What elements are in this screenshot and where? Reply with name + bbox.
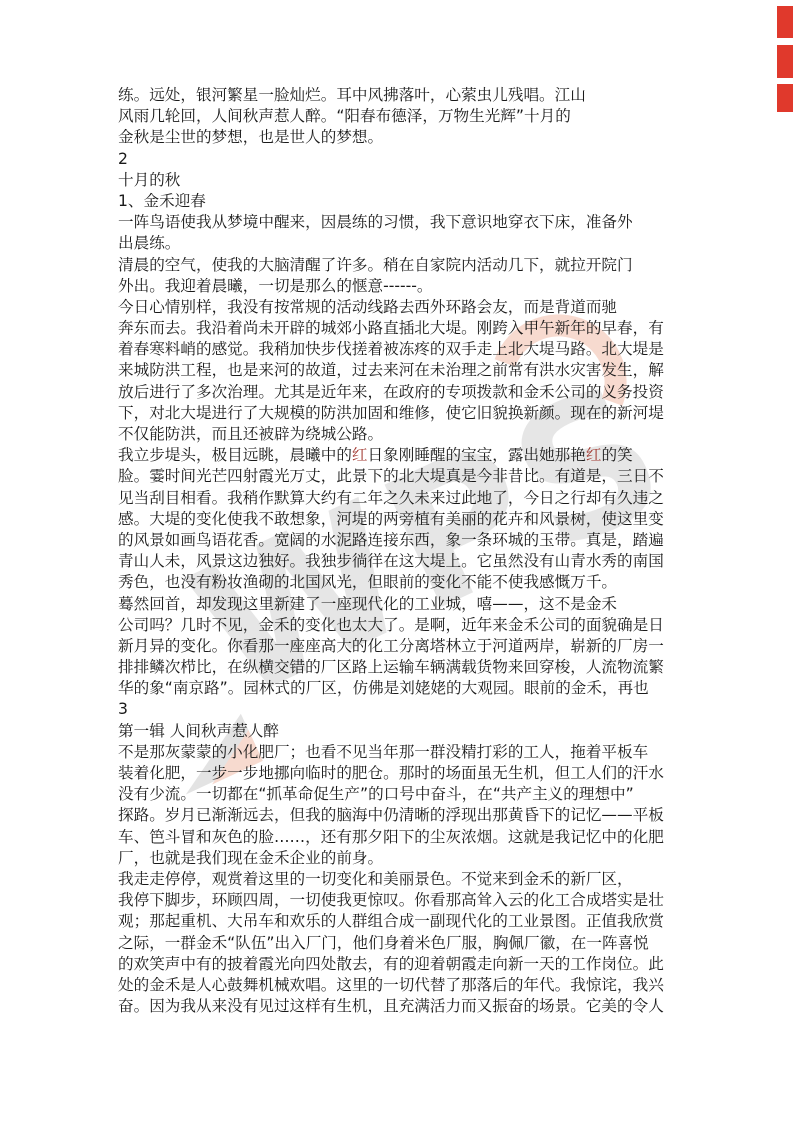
text-line: 处的金禾是人心鼓舞机械欢唱。这里的一切代替了那落后的年代。我惊诧，我兴 [118, 975, 678, 996]
text-line: 不仅能防洪，而且还被辟为绕城公路。 [118, 424, 678, 445]
text-segment: 感。大堤的变化使我不敢想象，河堤的两旁植有美丽的花卉和风景树，使这里变 [118, 510, 664, 528]
edge-mark [777, 84, 793, 112]
text-segment: 清晨的空气，使我的大脑清醒了许多。稍在自家院内活动几下，就拉开院门 [118, 256, 633, 274]
text-line: 华的象“南京路”。园林式的厂区，仿佛是刘姥姥的大观园。眼前的金禾，再也 [118, 678, 678, 699]
text-segment: 1、金禾迎春 [118, 192, 206, 210]
document-page: WPS 练。远处，银河繁星一脸灿烂。耳中风拂落叶，心萦虫儿残唱。江山风雨几轮回，… [0, 0, 793, 1122]
text-line: 风雨几轮回，人间秋声惹人醉。“阳春布德泽，万物生光辉”十月的 [118, 106, 678, 127]
text-line: 3 [118, 699, 678, 720]
text-segment: 装着化肥，一步一步地挪向临时的肥仓。那时的场面虽无生机，但工人们的汗水 [118, 764, 664, 782]
text-segment: 日象刚睡醒的宝宝，露出她那艳 [368, 446, 586, 464]
text-line: 见当刮目相看。我稍作默算大约有二年之久未来过此地了，今日之行却有久违之 [118, 488, 678, 509]
text-segment: 的风景如画鸟语花香。宽阔的水泥路连接东西，象一条环城的玉带。真是，踏遍 [118, 531, 664, 549]
text-segment: 放后进行了多次治理。尤其是近年来，在政府的专项拨款和金禾公司的义务投资 [118, 383, 664, 401]
text-line: 外出。我迎着晨曦，一切是那么的惬意------。 [118, 276, 678, 297]
text-segment: 探路。岁月已渐渐远去，但我的脑海中仍清晰的浮现出那黄昏下的记忆——平板 [118, 806, 664, 824]
text-line: 探路。岁月已渐渐远去，但我的脑海中仍清晰的浮现出那黄昏下的记忆——平板 [118, 805, 678, 826]
text-segment: 我走走停停，观赏着这里的一切变化和美丽景色。不觉来到金禾的新厂区， [118, 870, 633, 888]
text-line: 奋。因为我从来没有见过这样有生机，且充满活力而又振奋的场景。它美的令人 [118, 996, 678, 1017]
text-segment: 之际，一群金禾“队伍”出入厂门，他们身着米色厂服，胸佩厂徽，在一阵喜悦 [118, 934, 649, 952]
text-segment: 见当刮目相看。我稍作默算大约有二年之久未来过此地了，今日之行却有久违之 [118, 489, 664, 507]
text-line: 秀色，也没有粉妆渔砌的北国风光，但眼前的变化不能不使我感慨万千。 [118, 572, 678, 593]
highlighted-text: 红 [352, 446, 368, 464]
text-segment: 新月异的变化。你看那一座座高大的化工分离塔林立于河道两岸，崭新的厂房一 [118, 637, 664, 655]
text-segment: 车、笆斗冒和灰色的脸……，还有那夕阳下的尘灰浓烟。这就是我记忆中的化肥 [118, 828, 664, 846]
text-segment: 练。远处，银河繁星一脸灿烂。耳中风拂落叶，心萦虫儿残唱。江山 [118, 86, 586, 104]
text-line: 感。大堤的变化使我不敢想象，河堤的两旁植有美丽的花卉和风景树，使这里变 [118, 509, 678, 530]
text-line: 的欢笑声中有的披着霞光向四处散去，有的迎着朝霞走向新一天的工作岗位。此 [118, 954, 678, 975]
text-segment: 蓦然回首，却发现这里新建了一座现代化的工业城，嘻——，这不是金禾 [118, 595, 617, 613]
text-segment: 厂，也就是我们现在金禾企业的前身。 [118, 849, 383, 867]
text-line: 装着化肥，一步一步地挪向临时的肥仓。那时的场面虽无生机，但工人们的汗水 [118, 763, 678, 784]
text-line: 十月的秋 [118, 170, 678, 191]
text-segment: 十月的秋 [118, 171, 180, 189]
text-segment: 没有少流。一切都在“抓革命促生产”的口号中奋斗，在“共产主义的理想中” [118, 785, 634, 803]
text-segment: 的欢笑声中有的披着霞光向四处散去，有的迎着朝霞走向新一天的工作岗位。此 [118, 955, 664, 973]
text-segment: 外出。我迎着晨曦，一切是那么的惬意------。 [118, 277, 432, 295]
text-segment: 的笑 [601, 446, 632, 464]
text-segment: 2 [118, 150, 128, 168]
text-segment: 不仅能防洪，而且还被辟为绕城公路。 [118, 425, 383, 443]
text-line: 脸。霎时间光芒四射霞光万丈，此景下的北大堤真是今非昔比。有道是，三日不 [118, 466, 678, 487]
text-line: 不是那灰蒙蒙的小化肥厂；也看不见当年那一群没精打彩的工人，拖着平板车 [118, 742, 678, 763]
text-segment: 排排鳞次栉比，在纵横交错的厂区路上运输车辆满载货物来回穿梭，人流物流繁 [118, 658, 664, 676]
text-line: 我走走停停，观赏着这里的一切变化和美丽景色。不觉来到金禾的新厂区， [118, 869, 678, 890]
text-line: 2 [118, 149, 678, 170]
body-text: 练。远处，银河繁星一脸灿烂。耳中风拂落叶，心萦虫儿残唱。江山风雨几轮回，人间秋声… [118, 85, 678, 1017]
text-segment: 今日心情别样，我没有按常规的活动线路去西外环路会友，而是背道而驰 [118, 298, 617, 316]
text-segment: 不是那灰蒙蒙的小化肥厂；也看不见当年那一群没精打彩的工人，拖着平板车 [118, 743, 648, 761]
text-line: 的风景如画鸟语花香。宽阔的水泥路连接东西，象一条环城的玉带。真是，踏遍 [118, 530, 678, 551]
text-line: 我停下脚步，环顾四周，一切使我更惊叹。你看那高耸入云的化工合成塔实是壮 [118, 890, 678, 911]
text-segment: 华的象“南京路”。园林式的厂区，仿佛是刘姥姥的大观园。眼前的金禾，再也 [118, 679, 649, 697]
text-segment: 处的金禾是人心鼓舞机械欢唱。这里的一切代替了那落后的年代。我惊诧，我兴 [118, 976, 664, 994]
text-segment: 3 [118, 700, 128, 718]
text-segment: 奋。因为我从来没有见过这样有生机，且充满活力而又振奋的场景。它美的令人 [118, 997, 664, 1015]
text-line: 下，对北大堤进行了大规模的防洪加固和维修，使它旧貌换新颜。现在的新河堤 [118, 403, 678, 424]
text-segment: 青山人未，风景这边独好。我独步徜徉在这大堤上。它虽然没有山青水秀的南国 [118, 552, 664, 570]
text-line: 1、金禾迎春 [118, 191, 678, 212]
text-line: 奔东而去。我沿着尚未开辟的城郊小路直插北大堤。刚跨入甲午新年的早春，有 [118, 318, 678, 339]
text-segment: 我立步堤头，极目远眺，晨曦中的 [118, 446, 352, 464]
text-line: 排排鳞次栉比，在纵横交错的厂区路上运输车辆满载货物来回穿梭，人流物流繁 [118, 657, 678, 678]
text-segment: 出晨练。 [118, 234, 180, 252]
text-line: 我立步堤头，极目远眺，晨曦中的红日象刚睡醒的宝宝，露出她那艳红的笑 [118, 445, 678, 466]
text-line: 第一辑 人间秋声惹人醉 [118, 721, 678, 742]
text-line: 青山人未，风景这边独好。我独步徜徉在这大堤上。它虽然没有山青水秀的南国 [118, 551, 678, 572]
text-line: 今日心情别样，我没有按常规的活动线路去西外环路会友，而是背道而驰 [118, 297, 678, 318]
highlighted-text: 红 [586, 446, 602, 464]
text-segment: 来城防洪工程，也是来河的故道，过去来河在未治理之前常有洪水灾害发生，解 [118, 361, 664, 379]
text-line: 车、笆斗冒和灰色的脸……，还有那夕阳下的尘灰浓烟。这就是我记忆中的化肥 [118, 827, 678, 848]
edge-mark [777, 45, 793, 78]
text-line: 观；那起重机、大吊车和欢乐的人群组合成一副现代化的工业景图。正值我欣赏 [118, 911, 678, 932]
text-line: 之际，一群金禾“队伍”出入厂门，他们身着米色厂服，胸佩厂徽，在一阵喜悦 [118, 933, 678, 954]
text-segment: 风雨几轮回，人间秋声惹人醉。“阳春布德泽，万物生光辉”十月的 [118, 107, 571, 125]
text-segment: 第一辑 人间秋声惹人醉 [118, 722, 279, 740]
text-segment: 公司吗？几时不见，金禾的变化也太大了。是啊，近年来金禾公司的面貌确是日 [118, 616, 664, 634]
text-line: 厂，也就是我们现在金禾企业的前身。 [118, 848, 678, 869]
text-segment: 下，对北大堤进行了大规模的防洪加固和维修，使它旧貌换新颜。现在的新河堤 [118, 404, 664, 422]
text-segment: 金秋是尘世的梦想，也是世人的梦想。 [118, 128, 383, 146]
text-segment: 我停下脚步，环顾四周，一切使我更惊叹。你看那高耸入云的化工合成塔实是壮 [118, 891, 664, 909]
text-segment: 一阵鸟语使我从梦境中醒来，因晨练的习惯，我下意识地穿衣下床，准备外 [118, 213, 633, 231]
edge-mark [777, 6, 793, 38]
text-line: 金秋是尘世的梦想，也是世人的梦想。 [118, 127, 678, 148]
text-segment: 奔东而去。我沿着尚未开辟的城郊小路直插北大堤。刚跨入甲午新年的早春，有 [118, 319, 664, 337]
text-segment: 着春寒料峭的感觉。我稍加快步伐搓着被冻疼的双手走上北大堤马路。北大堤是 [118, 340, 664, 358]
text-line: 蓦然回首，却发现这里新建了一座现代化的工业城，嘻——，这不是金禾 [118, 594, 678, 615]
text-line: 来城防洪工程，也是来河的故道，过去来河在未治理之前常有洪水灾害发生，解 [118, 360, 678, 381]
text-line: 练。远处，银河繁星一脸灿烂。耳中风拂落叶，心萦虫儿残唱。江山 [118, 85, 678, 106]
text-line: 放后进行了多次治理。尤其是近年来，在政府的专项拨款和金禾公司的义务投资 [118, 382, 678, 403]
text-line: 着春寒料峭的感觉。我稍加快步伐搓着被冻疼的双手走上北大堤马路。北大堤是 [118, 339, 678, 360]
text-line: 出晨练。 [118, 233, 678, 254]
text-segment: 脸。霎时间光芒四射霞光万丈，此景下的北大堤真是今非昔比。有道是，三日不 [118, 467, 664, 485]
text-line: 公司吗？几时不见，金禾的变化也太大了。是啊，近年来金禾公司的面貌确是日 [118, 615, 678, 636]
text-line: 清晨的空气，使我的大脑清醒了许多。稍在自家院内活动几下，就拉开院门 [118, 255, 678, 276]
text-segment: 观；那起重机、大吊车和欢乐的人群组合成一副现代化的工业景图。正值我欣赏 [118, 912, 664, 930]
text-line: 新月异的变化。你看那一座座高大的化工分离塔林立于河道两岸，崭新的厂房一 [118, 636, 678, 657]
text-line: 一阵鸟语使我从梦境中醒来，因晨练的习惯，我下意识地穿衣下床，准备外 [118, 212, 678, 233]
text-line: 没有少流。一切都在“抓革命促生产”的口号中奋斗，在“共产主义的理想中” [118, 784, 678, 805]
text-segment: 秀色，也没有粉妆渔砌的北国风光，但眼前的变化不能不使我感慨万千。 [118, 573, 617, 591]
